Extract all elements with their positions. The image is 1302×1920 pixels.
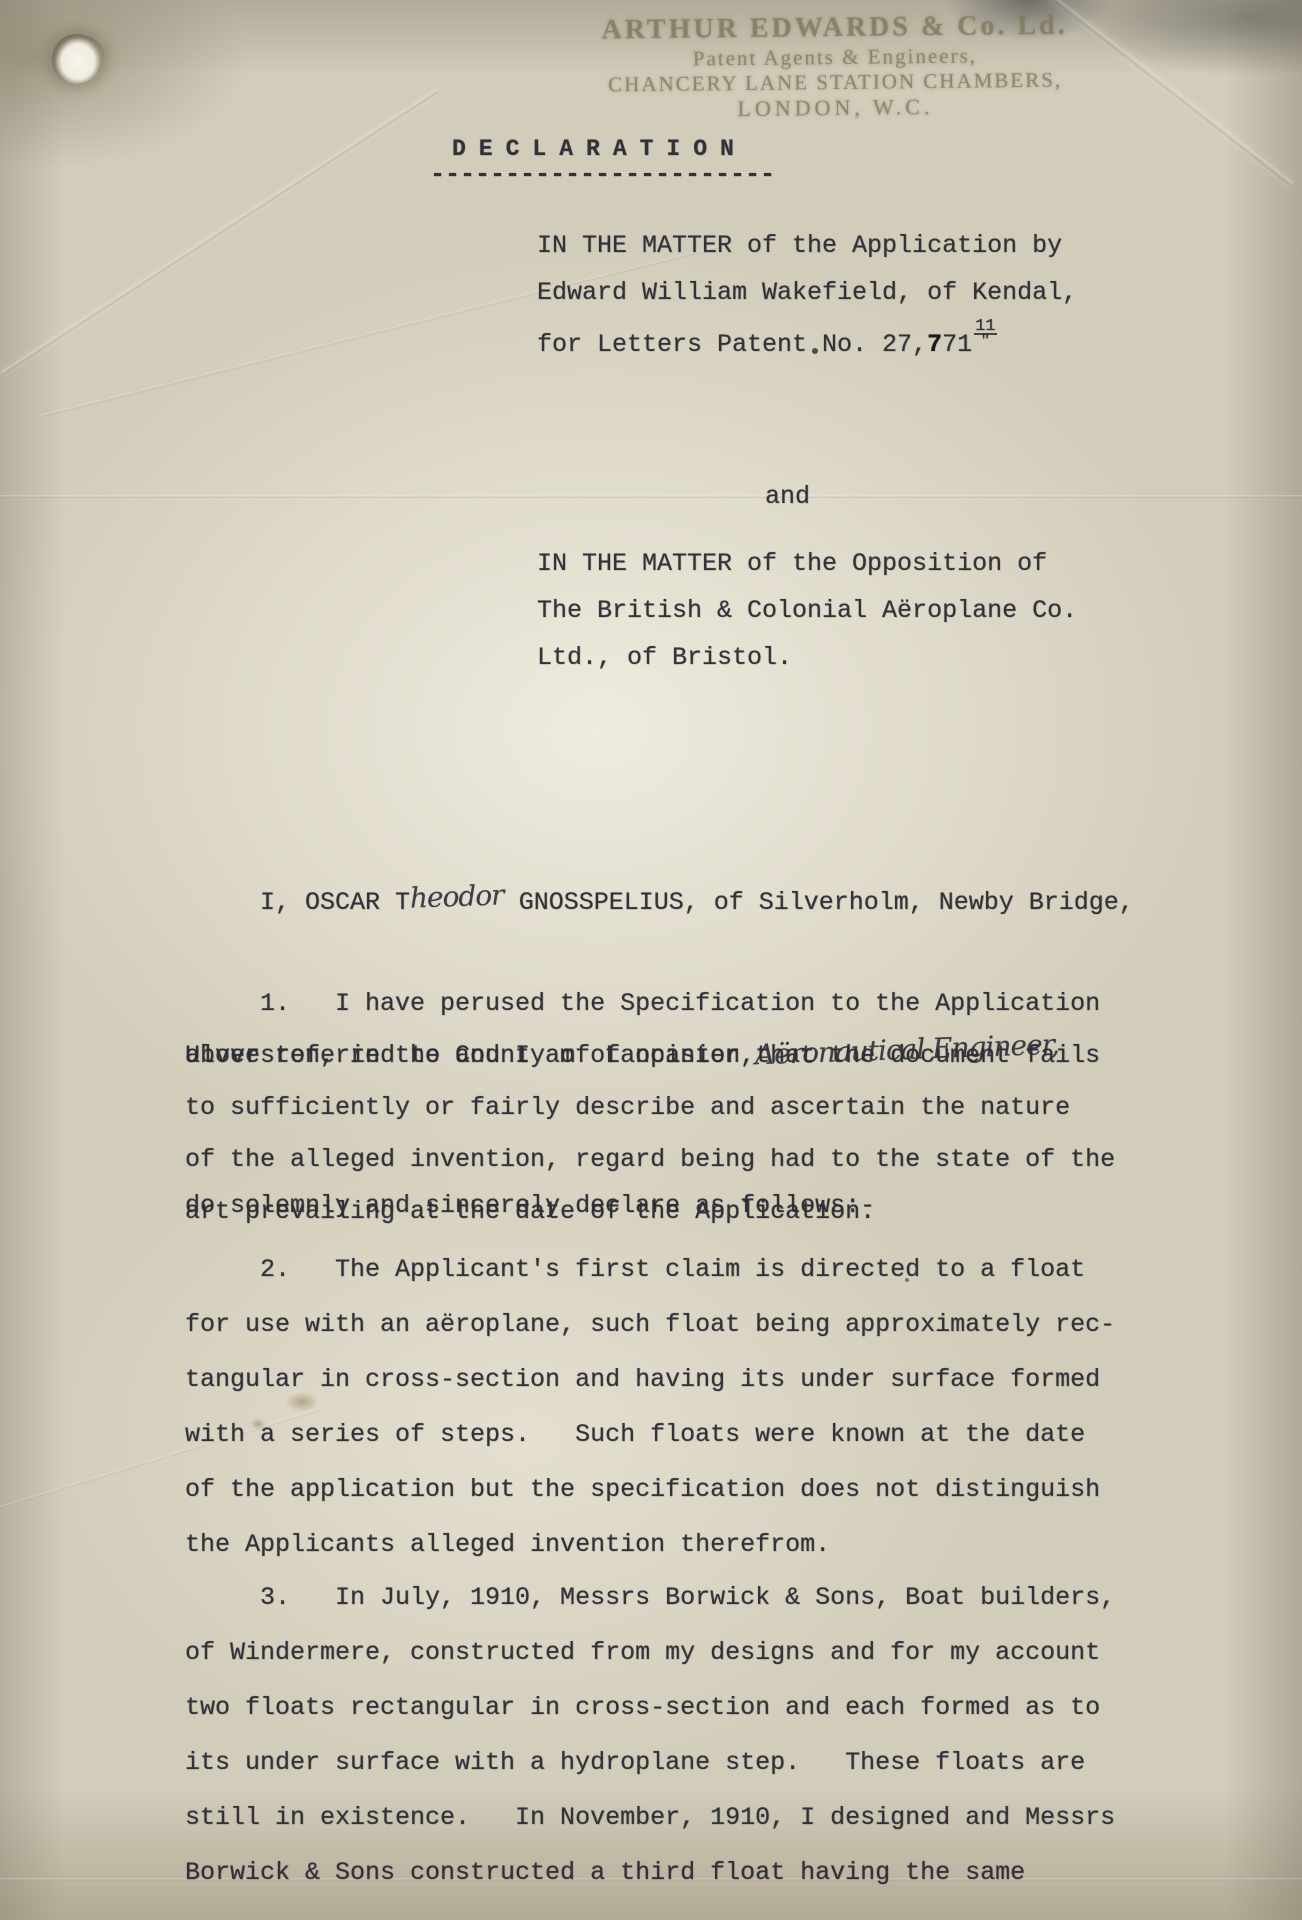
document-title: DECLARATION: [452, 136, 747, 162]
matter-conjunction: and: [765, 482, 810, 511]
paper-crease: [0, 495, 1302, 498]
company-stamp: ARTHUR EDWARDS & Co. Ld. Patent Agents &…: [544, 9, 1125, 124]
paragraph-1: 1. I have perused the Specification to t…: [185, 978, 1115, 1238]
document-page: ARTHUR EDWARDS & Co. Ld. Patent Agents &…: [0, 0, 1302, 1920]
opening-typed-2: GNOSSPELIUS, of Silverholm, Newby Bridge…: [504, 888, 1134, 917]
patent-line-prefix: for Letters Patent No. 27,: [537, 330, 927, 359]
paragraph-2: 2. The Applicant's first claim is direct…: [185, 1242, 1115, 1572]
patent-fraction-bottom: ": [974, 335, 996, 348]
patent-number-line: for Letters Patent No. 27,77111": [537, 320, 997, 359]
opening-line-1: I, OSCAR Theodor GNOSSPELIUS, of Silverh…: [185, 875, 1134, 928]
patent-line-suffix: 71: [942, 330, 972, 359]
handwritten-theodor: heodor: [409, 870, 504, 923]
paragraph-3: 3. In July, 1910, Messrs Borwick & Sons,…: [185, 1570, 1115, 1900]
stamp-company-name: ARTHUR EDWARDS & Co. Ld.: [544, 9, 1124, 47]
title-underline: -----------------------: [430, 160, 775, 189]
matter-application-block: IN THE MATTER of the Application by Edwa…: [537, 222, 1077, 316]
matter-opposition-block: IN THE MATTER of the Opposition of The B…: [537, 540, 1077, 681]
punch-hole-damage: [52, 34, 104, 84]
opening-typed-1: I, OSCAR T: [185, 888, 410, 917]
paper-crease: [1, 89, 439, 376]
patent-overstruck-digit: 7: [927, 330, 942, 359]
patent-fraction: 11": [974, 320, 996, 348]
